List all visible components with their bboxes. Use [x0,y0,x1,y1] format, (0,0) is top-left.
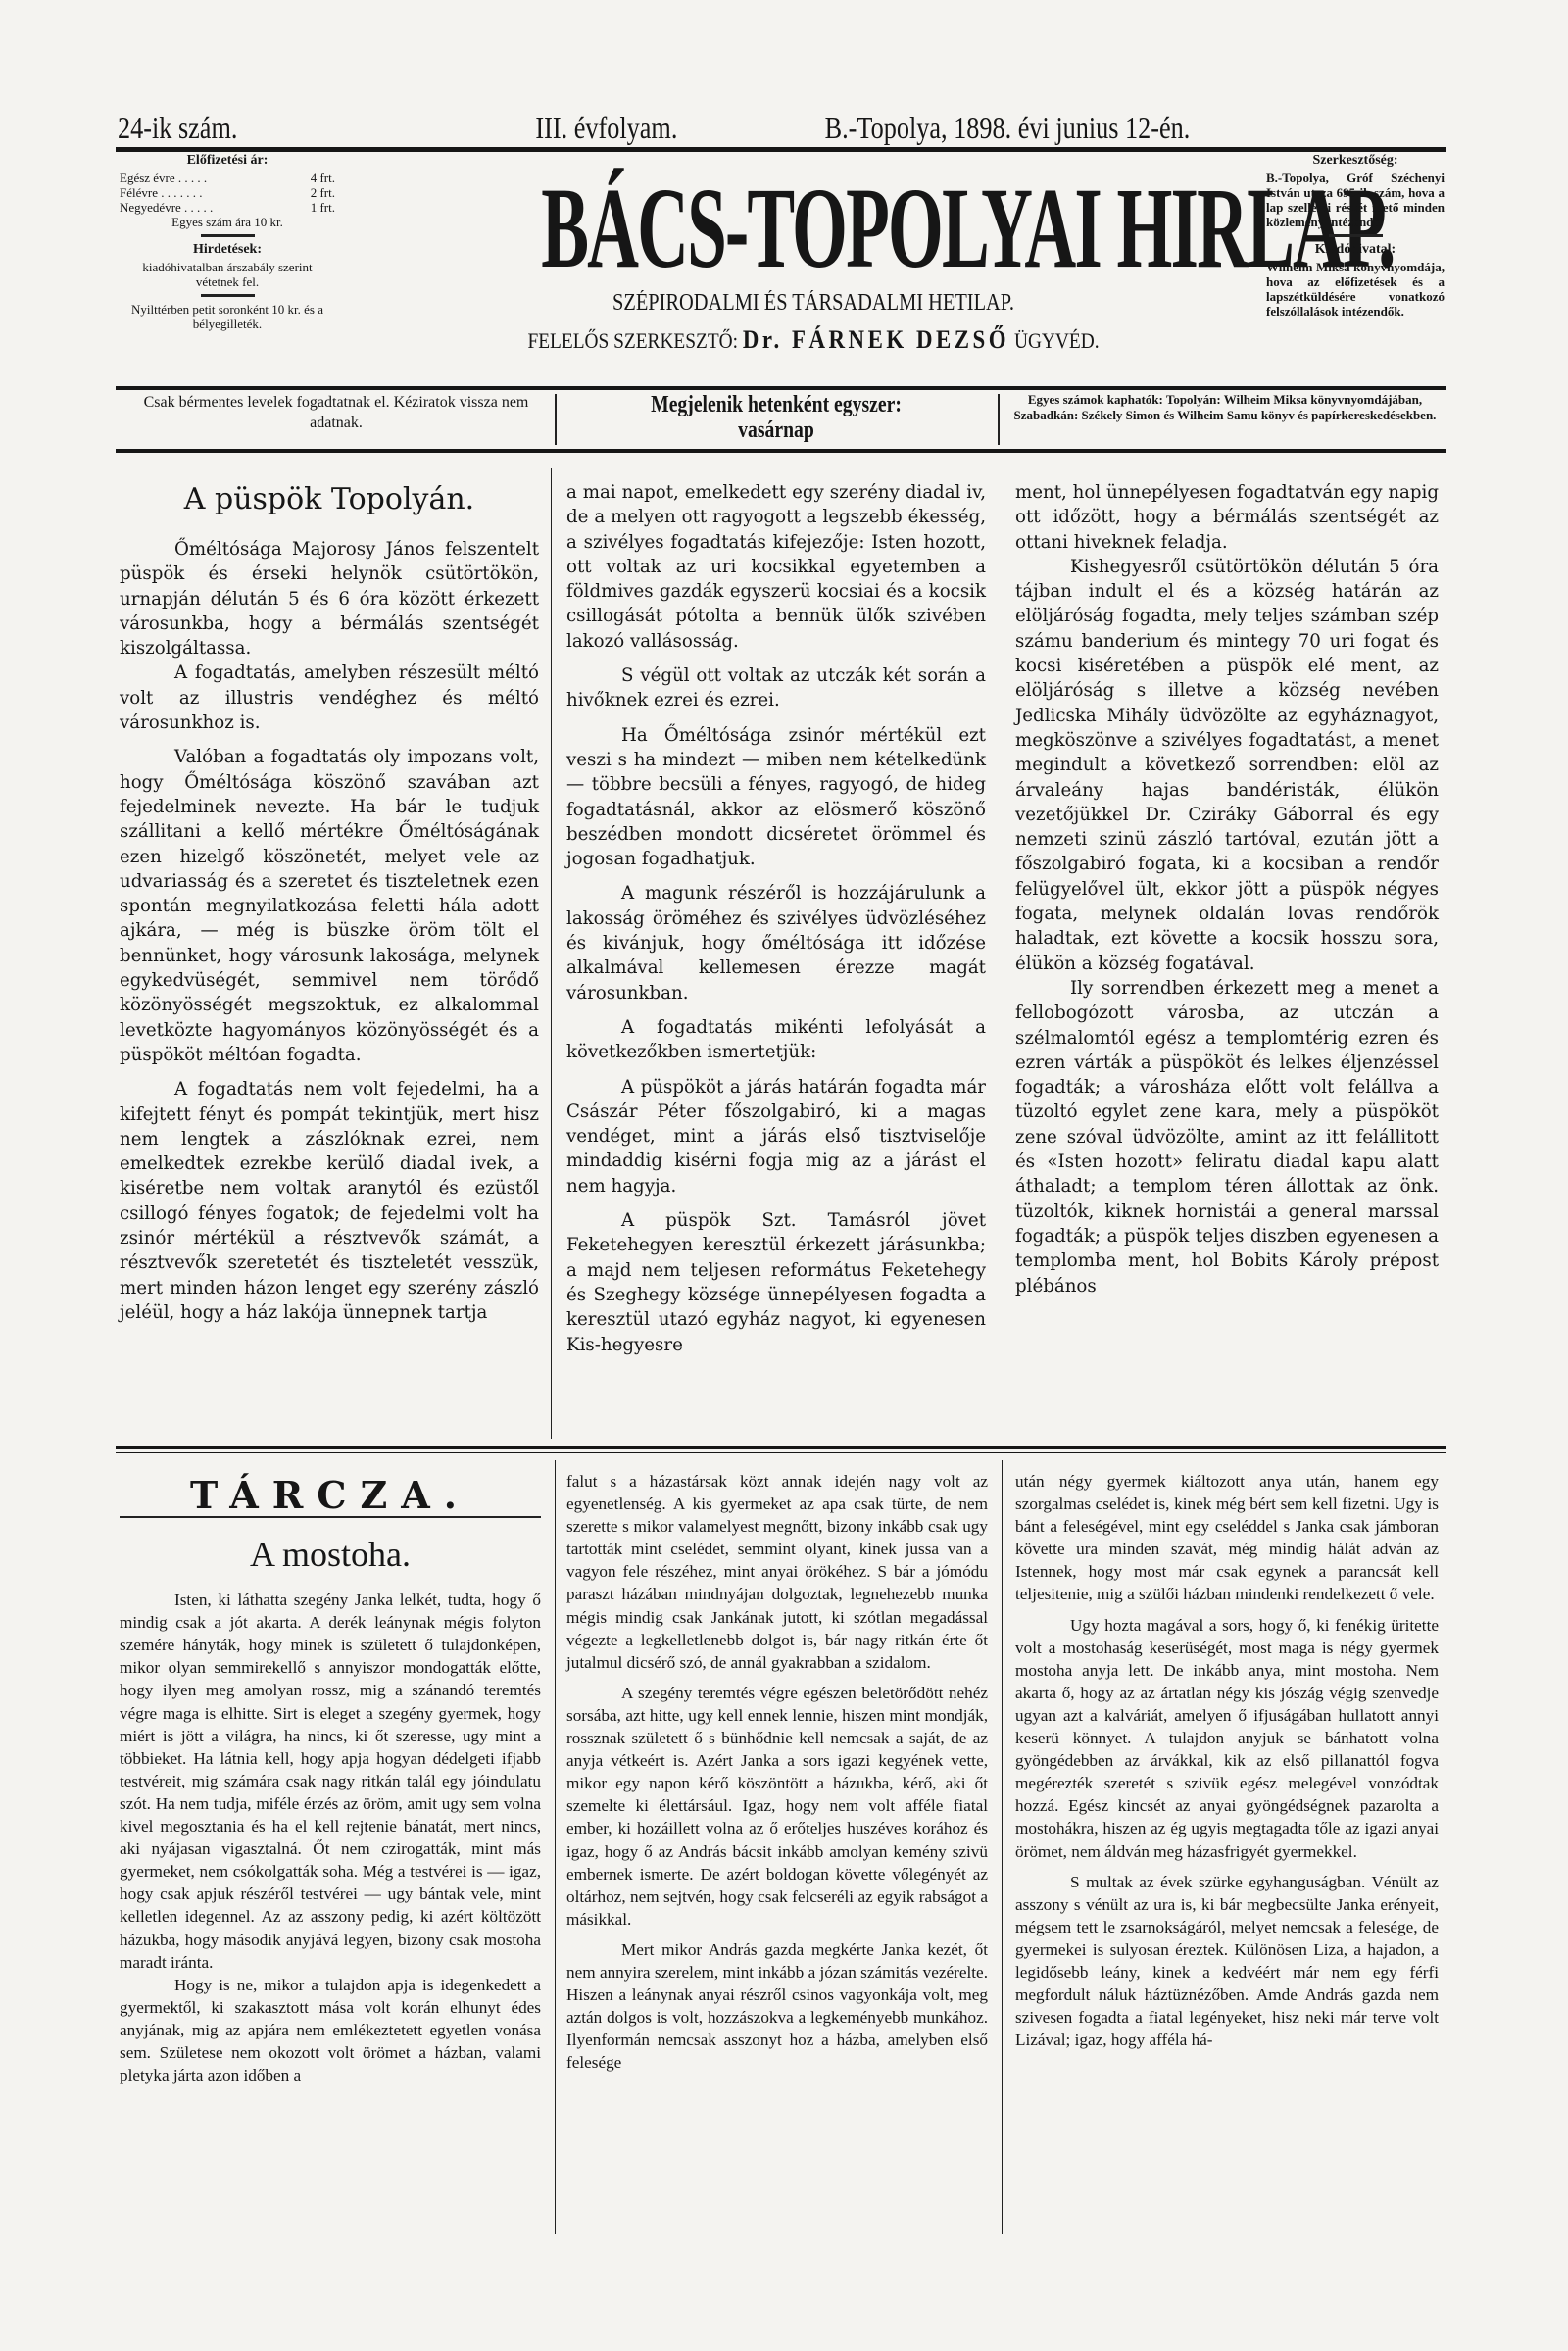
newspaper-title: BÁCS-TOPOLYAI HIRLAP. [541,174,1076,282]
feuilleton-column-3: után négy gyermek kiáltozott anya után, … [1015,1470,1439,2051]
article-column-2: a mai napot, emelkedett egy szerény diad… [566,480,986,1357]
paragraph: Ugy hozta magával a sors, hogy ő, ki fen… [1015,1614,1439,1863]
paragraph: Isten, ki láthatta szegény Janka lelkét,… [120,1589,541,1974]
paragraph: után négy gyermek kiáltozott anya után, … [1015,1470,1439,1606]
newspaper-subtitle: SZÉPIRODALMI ÉS TÁRSADALMI HETILAP. [472,290,1155,317]
volume: III. évfolyam. [535,110,677,146]
single-issue-price: Egyes szám ára 10 kr. [120,215,335,229]
divider [201,294,255,297]
ads-text: kiadóhivatalban árszabály szerint vétetn… [120,260,335,289]
subscription-heading: Előfizetési ár: [120,153,335,168]
feuilleton-heading: TÁRCZA. [120,1484,541,1506]
paragraph: A fogadtatás nem volt fejedelmi, ha a ki… [120,1077,539,1325]
paragraph: A magunk részéről is hozzájárulunk a lak… [566,881,986,1004]
publisher-text: Wilheim Miksa könyvnyomdája, hova az elő… [1266,260,1445,318]
publisher-heading: Kiadóhivatal: [1266,242,1445,257]
paragraph: A fogadtatás mikénti lefolyását a követk… [566,1015,986,1065]
paragraph: Mert mikor András gazda megkérte Janka k… [566,1938,988,2075]
paragraph: Kishegyesről csütörtökön délután 5 óra t… [1015,555,1439,976]
paragraph: ment, hol ünnepélyesen fogadtatván egy n… [1015,480,1439,555]
feuilleton-column-1: TÁRCZA. A mostoha. Isten, ki láthatta sz… [120,1462,541,2086]
ads-heading: Hirdetések: [120,242,335,257]
dateline: 24-ik szám. III. évfolyam. B.-Topolya, 1… [118,110,1195,145]
paragraph: a mai napot, emelkedett egy szerény diad… [566,480,986,654]
band-divider [998,394,1000,445]
editorial-box: Szerkesztőség: B.-Topolya, Gróf Szécheny… [1266,153,1445,318]
sales-points: Egyes számok kaphatók: Topolyán: Wilheim… [1004,392,1445,445]
editor-prefix: FELELŐS SZERKESZTŐ: [527,328,738,353]
column-divider [555,1460,556,2234]
paragraph: S végül ott voltak az utczák két során a… [566,663,986,713]
band-divider [555,394,557,445]
paragraph: Valóban a fogadtatás oly impozans volt, … [120,745,539,1067]
editorial-heading: Szerkesztőség: [1266,153,1445,168]
publication-schedule: Megjelenik hetenként egyszer: vasárnap [600,392,954,445]
paragraph: Ha Őméltósága zsinór mértékül ezt veszi … [566,723,986,872]
editorial-address: B.-Topolya, Gróf Széchenyi István utcza … [1266,171,1445,229]
column-divider [551,468,552,1439]
paragraph: A püspök Szt. Tamásról jövet Feketehegye… [566,1208,986,1357]
feuilleton-rule [116,1446,1446,1449]
column-divider [1004,468,1004,1439]
paragraph: falut s a házastársak közt annak idején … [566,1470,988,1674]
price-row: Félévre . . . . . . .2 frt. [120,185,335,200]
feuilleton-rule-thin [116,1452,1446,1453]
paragraph: S multak az évek szürke egyhanguságban. … [1015,1871,1439,2052]
article-column-3: ment, hol ünnepélyesen fogadtatván egy n… [1015,480,1439,1298]
article-column-1: A püspök Topolyán. Őméltósága Majorosy J… [120,470,539,1325]
newspaper-page: 24-ik szám. III. évfolyam. B.-Topolya, 1… [0,0,1568,2351]
letters-notice: Csak bérmentes levelek fogadtatnak el. K… [116,392,557,445]
column-divider [1002,1460,1003,2234]
article-title: A püspök Topolyán. [120,480,539,519]
divider [1329,234,1383,237]
open-space-text: Nyilttérben petit soronként 10 kr. és a … [120,302,335,331]
feuilleton-column-2: falut s a házastársak közt annak idején … [566,1470,988,2074]
paragraph: A fogadtatás, amelyben részesült méltó v… [120,661,539,735]
paragraph: A szegény teremtés végre egészen beletör… [566,1682,988,1931]
subscription-box: Előfizetési ár: Egész évre . . . . .4 fr… [120,153,335,331]
paragraph: Ily sorrendben érkezett meg a menet a fe… [1015,976,1439,1298]
story-title: A mostoha. [120,1532,541,1577]
divider [201,234,255,237]
paragraph: Őméltósága Majorosy János felszentelt pü… [120,537,539,661]
editor-line: FELELŐS SZERKESZTŐ: Dr. FÁRNEK DEZSŐ ÜGY… [443,325,1185,355]
place-date: B.-Topolya, 1898. évi junius 12-én. [825,110,1191,146]
editor-name: Dr. FÁRNEK DEZSŐ [743,325,1009,354]
issue-number: 24-ik szám. [118,110,237,146]
paragraph: A püspököt a járás határán fogadta már C… [566,1075,986,1199]
band-bottom-rule [116,449,1446,453]
price-row: Negyedévre . . . . .1 frt. [120,200,335,215]
band-top-rule [116,386,1446,390]
paragraph: Hogy is ne, mikor a tulajdon apja is ide… [120,1974,541,2086]
price-row: Egész évre . . . . .4 frt. [120,171,335,185]
editor-suffix: ÜGYVÉD. [1014,328,1100,353]
top-rule [116,147,1446,152]
